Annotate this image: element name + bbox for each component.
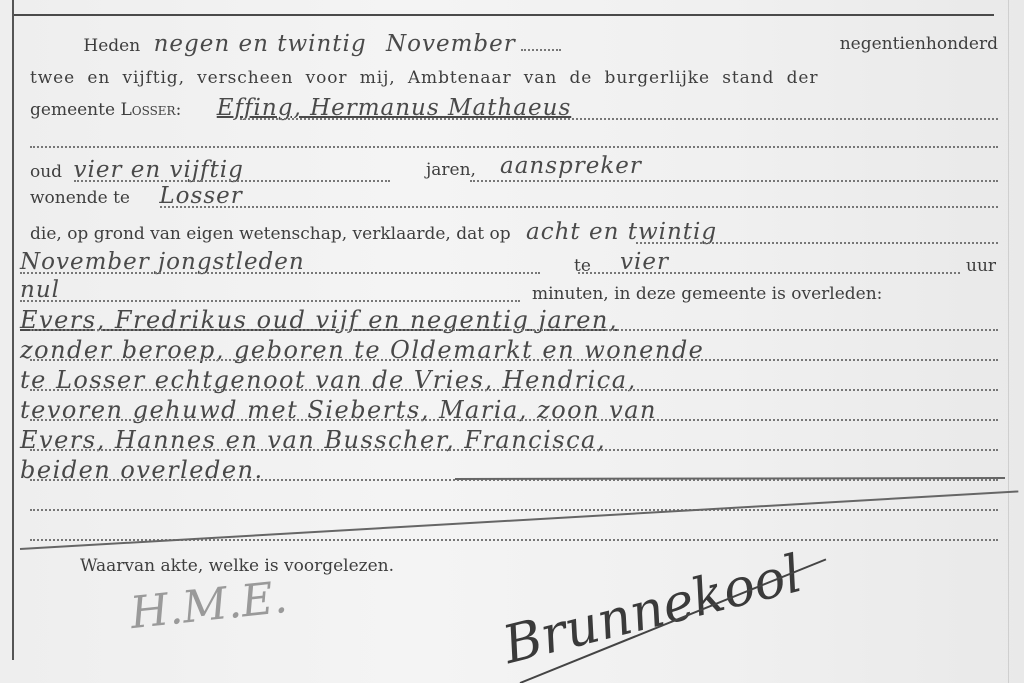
label-oud: oud (30, 162, 62, 182)
civil-record-page: Heden negen en twintig November negentie… (0, 0, 1024, 683)
hw-death-hour: vier (620, 252, 669, 272)
line-declaration: die, op grond van eigen wetenschap, verk… (30, 222, 998, 244)
line-verscheen: twee en vijftig, verscheen voor mij, Amb… (30, 68, 998, 88)
strike-line (20, 490, 1018, 550)
dotted-line (470, 180, 998, 182)
left-margin-rule (12, 0, 14, 660)
label-die-op-grond: die, op grond van eigen wetenschap, verk… (30, 224, 511, 244)
dotted-line (30, 389, 998, 391)
dotted-line (74, 180, 390, 182)
hw-date-month: November (386, 31, 516, 57)
dotted-line (30, 329, 998, 331)
dotted-line (30, 449, 998, 451)
fill-dots (521, 35, 561, 51)
dotted-line (30, 509, 998, 511)
line-gemeente: gemeente Losser: Effing, Hermanus Mathae… (30, 98, 998, 120)
dotted-line (30, 359, 998, 361)
label-wonende-te: wonende te (30, 188, 130, 208)
dotted-line (578, 272, 960, 274)
hw-date-day: negen en twintig (154, 31, 367, 57)
label-heden: Heden (83, 36, 140, 56)
closing-text: Waarvan akte, welke is voorgelezen. (80, 556, 1024, 576)
label-negentienhonderd: negentienhonderd (840, 34, 998, 54)
dotted-line (30, 146, 998, 148)
label-gemeente: gemeente (30, 100, 115, 120)
dotted-line (20, 272, 540, 274)
label-uur: uur (966, 256, 996, 276)
line-minutes: nul minuten, in deze gemeente is overled… (20, 280, 988, 302)
dotted-line (30, 419, 998, 421)
hw-occupation: aanspreker (500, 156, 642, 176)
right-edge (1008, 0, 1009, 683)
line-age: oud vier en vijftig jaren, aanspreker (30, 160, 998, 182)
label-minuten: minuten, in deze gemeente is overleden: (532, 284, 882, 304)
top-rule (14, 14, 994, 16)
dotted-line (20, 300, 520, 302)
dotted-line (636, 242, 998, 244)
label-municipality: Losser: (120, 100, 181, 120)
line-date: Heden negen en twintig November negentie… (30, 34, 998, 56)
dotted-line (160, 206, 998, 208)
dotted-line (240, 118, 998, 120)
label-jaren: jaren, (426, 160, 476, 180)
line-death-time: November jongstleden te vier uur (20, 252, 988, 274)
signature-declarant: H.M.E. (128, 572, 290, 639)
line-residence: wonende te Losser (30, 186, 998, 208)
